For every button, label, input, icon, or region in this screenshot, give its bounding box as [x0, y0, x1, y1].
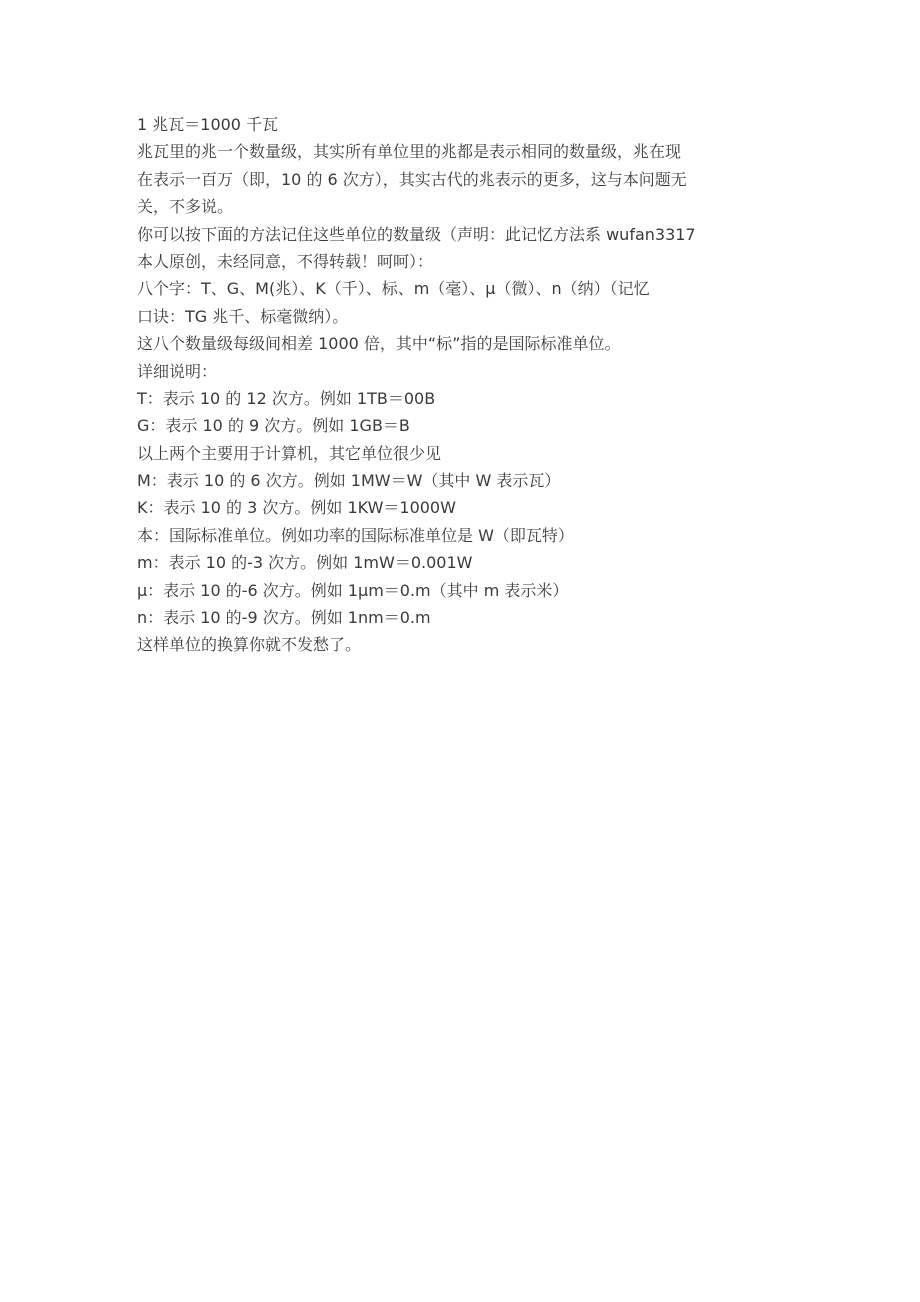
text-line: M：表示 10 的 6 次方。例如 1MW＝W（其中 W 表示瓦）: [137, 467, 797, 494]
text-line: m：表示 10 的-3 次方。例如 1mW＝0.001W: [137, 549, 797, 576]
document-text-block: 1 兆瓦＝1000 千瓦 兆瓦里的兆一个数量级，其实所有单位里的兆都是表示相同的…: [137, 111, 797, 659]
text-line: 1 兆瓦＝1000 千瓦: [137, 111, 797, 138]
text-line: 口诀：TG 兆千、标毫微纳）。: [137, 303, 797, 330]
text-line: μ：表示 10 的-6 次方。例如 1μm＝0.m（其中 m 表示米）: [137, 577, 797, 604]
text-line: 这八个数量级每级间相差 1000 倍，其中“标”指的是国际标准单位。: [137, 330, 797, 357]
text-line: G：表示 10 的 9 次方。例如 1GB＝B: [137, 412, 797, 439]
text-line: 兆瓦里的兆一个数量级，其实所有单位里的兆都是表示相同的数量级，兆在现: [137, 138, 797, 165]
text-line: 关，不多说。: [137, 193, 797, 220]
text-line: 这样单位的换算你就不发愁了。: [137, 631, 797, 658]
text-line: K：表示 10 的 3 次方。例如 1KW＝1000W: [137, 494, 797, 521]
text-line: 本人原创，未经同意，不得转载！呵呵）：: [137, 248, 797, 275]
text-line: 你可以按下面的方法记住这些单位的数量级（声明：此记忆方法系 wufan3317: [137, 221, 797, 248]
text-line: T：表示 10 的 12 次方。例如 1TB＝00B: [137, 385, 797, 412]
text-line: n：表示 10 的-9 次方。例如 1nm＝0.m: [137, 604, 797, 631]
document-page: 1 兆瓦＝1000 千瓦 兆瓦里的兆一个数量级，其实所有单位里的兆都是表示相同的…: [0, 0, 920, 1302]
text-line: 以上两个主要用于计算机，其它单位很少见: [137, 440, 797, 467]
text-line: 在表示一百万（即，10 的 6 次方），其实古代的兆表示的更多，这与本问题无: [137, 166, 797, 193]
text-line: 本：国际标准单位。例如功率的国际标准单位是 W（即瓦特）: [137, 522, 797, 549]
text-line: 八个字：T、G、M(兆）、K（千）、标、m（毫）、μ（微）、n（纳）（记忆: [137, 275, 797, 302]
text-line: 详细说明：: [137, 358, 797, 385]
